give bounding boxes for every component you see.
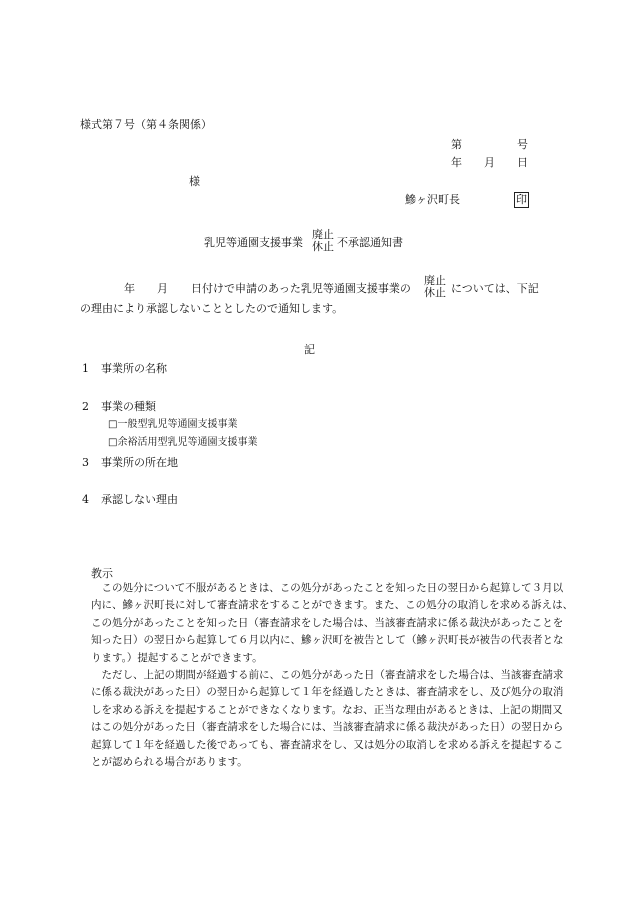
addressee-suffix: 様	[189, 176, 200, 187]
title-suffix: 不承認通知書	[337, 237, 403, 248]
item-2-label: 事業の種類	[101, 401, 156, 412]
body-month: 月	[157, 283, 168, 294]
item-4-number: 4	[82, 494, 89, 505]
title-prefix: 乳児等通園支援事業	[204, 237, 303, 248]
notice-line: 内に、鰺ヶ沢町長に対して審査請求をすることができます。また、この処分の取消しを求…	[91, 597, 573, 614]
notice-heading: 教示	[91, 568, 113, 579]
body-line2: の理由により承認しないこととしたので通知します。	[80, 303, 343, 314]
notice-text: この処分について不服があるときは、この処分があったことを知った日の翌日から起算し…	[91, 580, 573, 771]
date-day: 日	[517, 157, 528, 168]
notice-line: とが認められる場合があります。	[91, 754, 573, 771]
notice-line: ります。）提起することができます。	[91, 650, 573, 667]
business-type-general: □一般型乳児等通園支援事業	[108, 420, 237, 430]
notice-line: 起算して１年を経過した後であっても、審査請求をし、又は処分の取消しを求める訴えを…	[91, 737, 573, 754]
option-kyushi: 休止	[424, 287, 446, 299]
notice-line: この処分について不服があるときは、この処分があったことを知った日の翌日から起算し…	[91, 580, 573, 597]
item-3-label: 事業所の所在地	[101, 457, 178, 468]
number-suffix: 号	[517, 139, 528, 150]
business-type-surplus: □余裕活用型乳児等通園支援事業	[108, 438, 257, 448]
notice-line: この処分があったことを知った日（審査請求をした場合は、当該審査請求に係る裁決があ…	[91, 615, 573, 632]
notice-line: に係る裁決があった日）の翌日から起算して１年を経過したときは、審査請求をし、及び…	[91, 684, 573, 701]
body-year: 年	[124, 283, 135, 294]
item-4-label: 承認しない理由	[101, 494, 178, 505]
notice-line: ただし、上記の期間が経過する前に、この処分があった日（審査請求をした場合は、当該…	[91, 667, 573, 684]
notice-line: 知った日）の翌日から起算して６月以内に、鰺ヶ沢町を被告として（鰺ヶ沢町長が被告の…	[91, 632, 573, 649]
form-number: 様式第７号（第４条関係）	[80, 119, 212, 130]
seal-mark: 印	[514, 192, 529, 208]
body-line1-text: 日付けで申請のあった乳児等通園支援事業の	[191, 283, 411, 294]
issuer: 鰺ヶ沢町長	[405, 194, 460, 205]
date-month: 月	[484, 157, 495, 168]
item-2-number: 2	[82, 401, 89, 412]
item-3-number: 3	[82, 457, 89, 468]
body-option-stack: 廃止 休止	[424, 275, 446, 299]
number-prefix: 第	[451, 139, 462, 150]
item-1-number: 1	[82, 363, 89, 374]
business-type-label: 余裕活用型乳児等通園支援事業	[117, 437, 257, 448]
notice-line: しを求める訴えを提起することができなくなります。なお、正当な理由があるときは、上…	[91, 702, 573, 719]
ki-heading: 記	[304, 344, 315, 355]
business-type-label: 一般型乳児等通園支援事業	[117, 419, 237, 430]
notice-line: はこの処分があった日（審査請求をした場合には、当該審査請求に係る裁決があった日）…	[91, 719, 573, 736]
option-kyushi: 休止	[312, 241, 334, 253]
title-option-stack: 廃止 休止	[312, 229, 334, 253]
item-1-label: 事業所の名称	[101, 363, 167, 374]
date-year: 年	[451, 157, 462, 168]
body-line1-tail: については、下記	[451, 283, 539, 294]
